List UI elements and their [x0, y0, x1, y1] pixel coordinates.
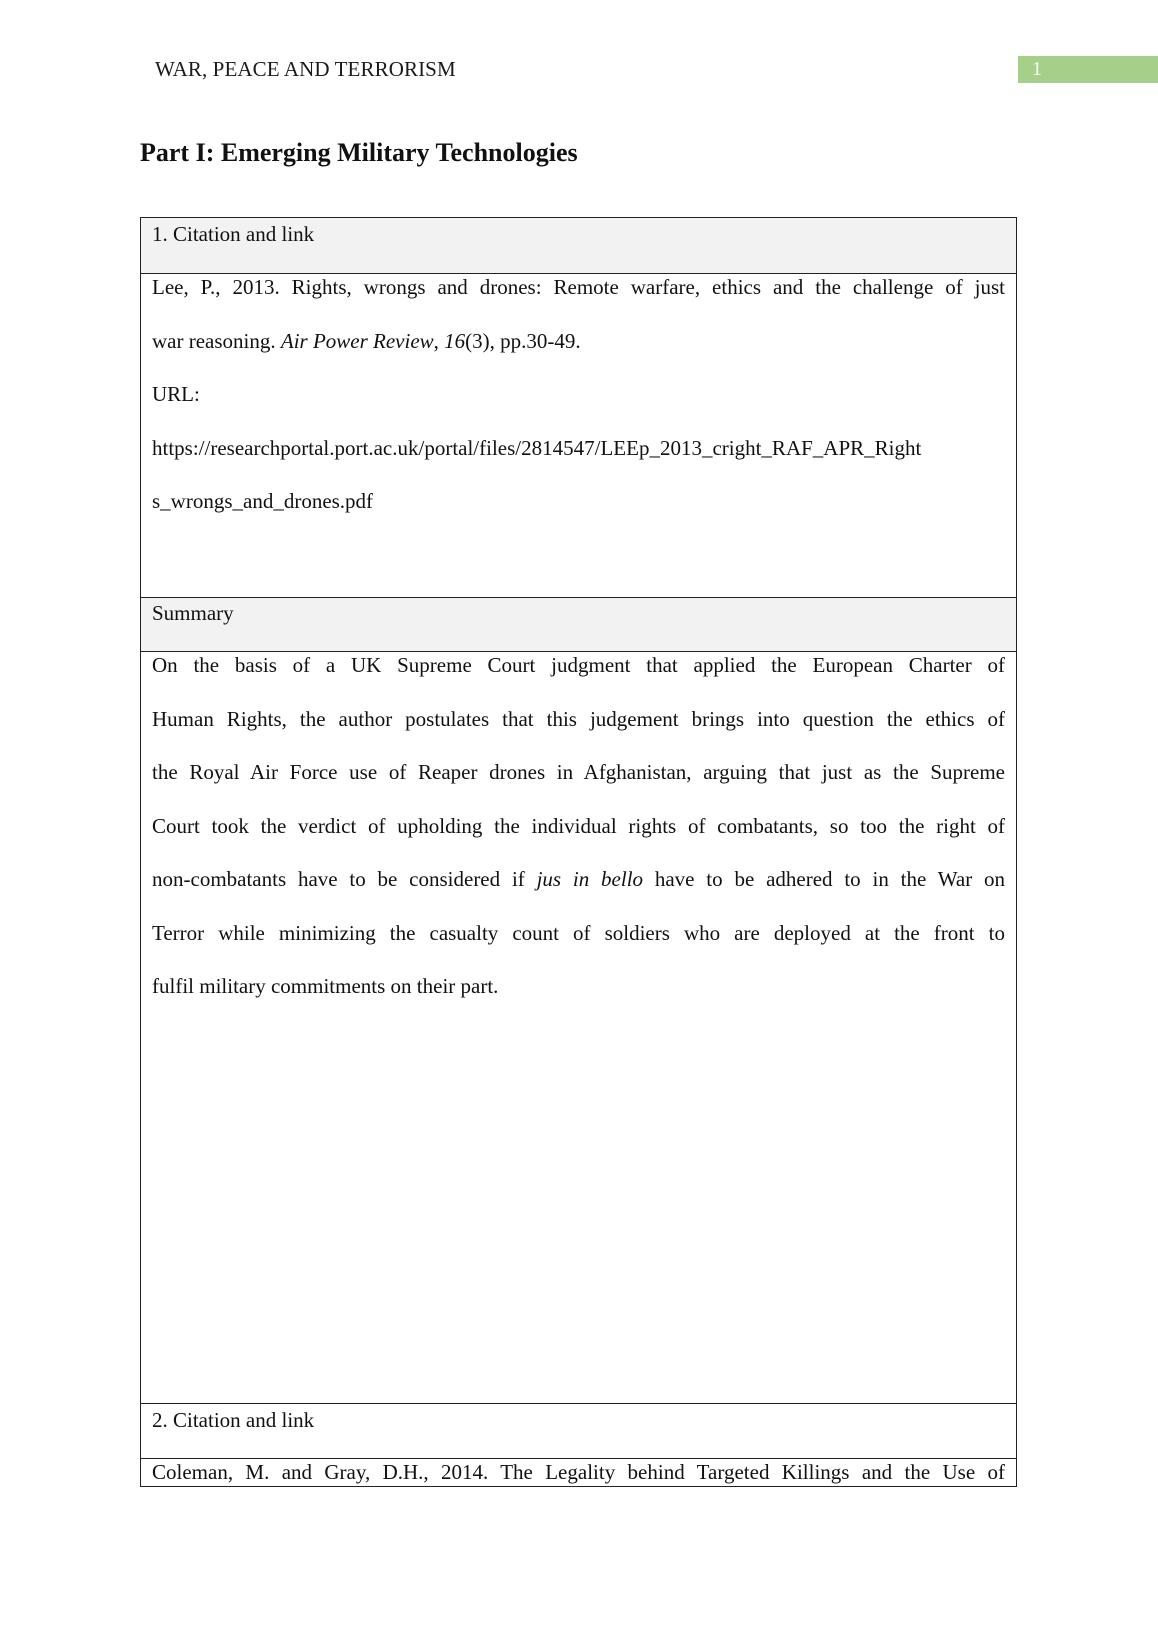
entry1-citation-line2: war reasoning. Air Power Review, 16(3), … — [152, 315, 1005, 369]
entry2-label-row: 2. Citation and link — [141, 1403, 1016, 1458]
entry1-citation-row: Lee, P., 2013. Rights, wrongs and drones… — [141, 273, 1016, 597]
entry2-label: 2. Citation and link — [152, 1408, 314, 1432]
entry2-citation-line1: Coleman, M. and Gray, D.H., 2014. The Le… — [152, 1460, 1005, 1484]
entry1-url-link-line2[interactable]: s_wrongs_and_drones.pdf — [152, 475, 1005, 529]
entry1-label: 1. Citation and link — [152, 222, 314, 246]
entry1-citation-line1: Lee, P., 2013. Rights, wrongs and drones… — [152, 261, 1005, 315]
entry1-url-link-line1[interactable]: https://researchportal.port.ac.uk/portal… — [152, 422, 1005, 476]
part-heading: Part I: Emerging Military Technologies — [140, 138, 578, 168]
entry2-citation-row: Coleman, M. and Gray, D.H., 2014. The Le… — [141, 1458, 1016, 1486]
summary-line: Court took the verdict of upholding the … — [152, 800, 1005, 854]
journal-volume: 16 — [444, 329, 465, 353]
journal-title: Air Power Review — [281, 329, 434, 353]
summary-line: Human Rights, the author postulates that… — [152, 693, 1005, 747]
running-head-title: WAR, PEACE AND TERRORISM — [155, 57, 456, 82]
entry1-url-label: URL: — [152, 368, 1005, 422]
annotated-bibliography-table: 1. Citation and link Lee, P., 2013. Righ… — [140, 217, 1017, 1487]
summary-line: non-combatants have to be considered if … — [152, 853, 1005, 907]
summary-line: Terror while minimizing the casualty cou… — [152, 907, 1005, 961]
summary-line: On the basis of a UK Supreme Court judgm… — [152, 639, 1005, 693]
page-number-badge: 1 — [1018, 56, 1158, 83]
summary-line: fulfil military commitments on their par… — [152, 960, 1005, 1014]
summary-line: the Royal Air Force use of Reaper drones… — [152, 746, 1005, 800]
entry1-summary-row: On the basis of a UK Supreme Court judgm… — [141, 651, 1016, 1403]
entry1-summary-label: Summary — [152, 601, 234, 625]
latin-term: jus in bello — [537, 867, 643, 891]
